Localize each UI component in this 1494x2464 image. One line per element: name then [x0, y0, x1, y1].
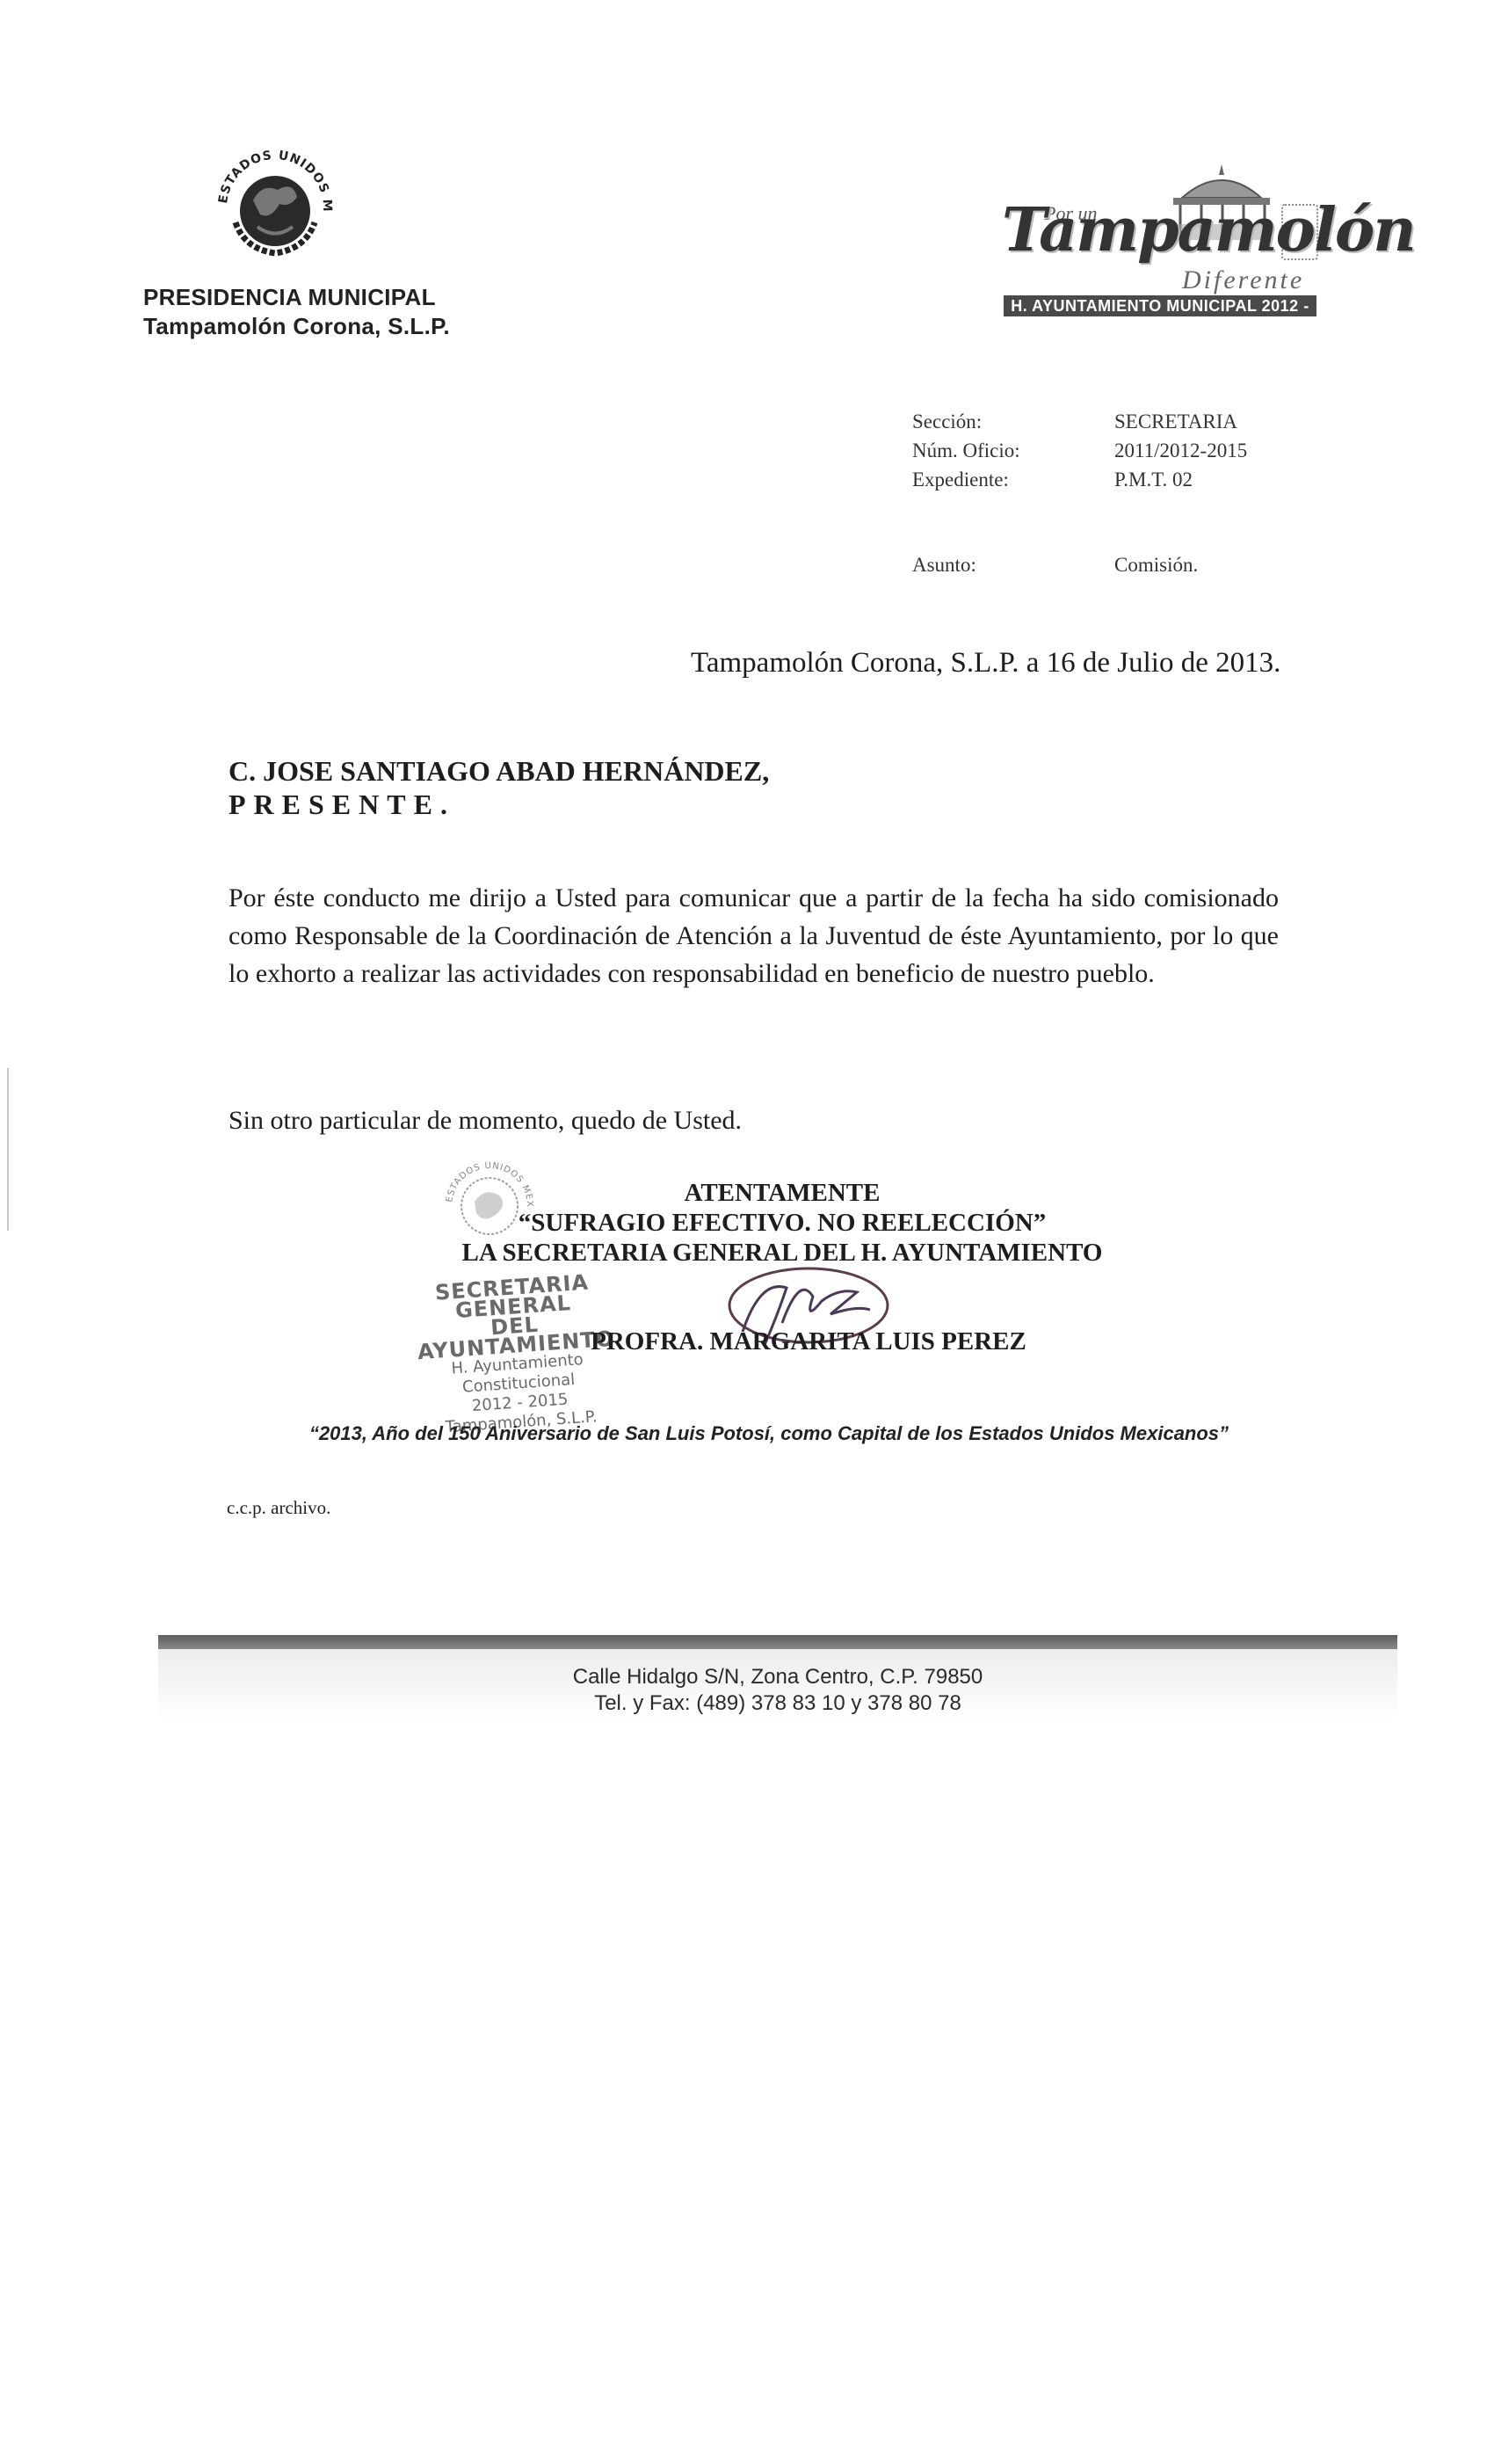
- ref-label-oficio: Núm. Oficio:: [912, 436, 1020, 465]
- mexican-coat-of-arms-icon: ESTADOS UNIDOS MEXICANOS: [209, 139, 341, 271]
- date-line: Tampamolón Corona, S.L.P. a 16 de Julio …: [691, 647, 1280, 680]
- logo-name: Tampamolón: [1002, 195, 1415, 265]
- scan-edge-line: [7, 1068, 9, 1231]
- office-line-1: PRESIDENCIA MUNICIPAL: [143, 283, 450, 312]
- closing-line: Sin otro particular de momento, quedo de…: [228, 1106, 742, 1136]
- footer-bar: [158, 1635, 1397, 1649]
- subject-value: Comisión.: [1114, 554, 1198, 577]
- letter-body: Por éste conducto me dirijo a Usted para…: [228, 879, 1279, 992]
- footer-contact: Calle Hidalgo S/N, Zona Centro, C.P. 798…: [158, 1664, 1397, 1717]
- signer-name: PROFRA. MARGARITA LUIS PEREZ: [369, 1327, 1195, 1356]
- year-motto: “2013, Año del 150 Aniversario de San Lu…: [264, 1422, 1274, 1445]
- sufragio-motto: “SUFRAGIO EFECTIVO. NO REELECCIÓN”: [369, 1208, 1195, 1238]
- ref-label-seccion: Sección:: [912, 407, 1020, 436]
- municipal-office-title: PRESIDENCIA MUNICIPAL Tampamolón Corona,…: [143, 283, 450, 341]
- logo-banner: H. AYUNTAMIENTO MUNICIPAL 2012 - 2015: [1004, 295, 1316, 316]
- recipient-name: C. JOSE SANTIAGO ABAD HERNÁNDEZ,: [228, 754, 769, 788]
- recipient-greeting: PRESENTE.: [228, 788, 769, 821]
- signature-heading: ATENTAMENTE “SUFRAGIO EFECTIVO. NO REELE…: [369, 1178, 1195, 1268]
- ref-value-expediente: P.M.T. 02: [1114, 465, 1247, 494]
- atentamente: ATENTAMENTE: [369, 1178, 1195, 1208]
- subject-label: Asunto:: [912, 554, 976, 577]
- recipient-block: C. JOSE SANTIAGO ABAD HERNÁNDEZ, PRESENT…: [228, 754, 769, 821]
- reference-values: SECRETARIA 2011/2012-2015 P.M.T. 02: [1114, 407, 1247, 494]
- footer-address: Calle Hidalgo S/N, Zona Centro, C.P. 798…: [158, 1664, 1397, 1690]
- ref-label-expediente: Expediente:: [912, 465, 1020, 494]
- office-line-2: Tampamolón Corona, S.L.P.: [143, 312, 450, 341]
- ref-value-seccion: SECRETARIA: [1114, 407, 1247, 436]
- logo-tagline: Diferente: [1182, 265, 1304, 295]
- carbon-copy: c.c.p. archivo.: [227, 1497, 330, 1519]
- reference-labels: Sección: Núm. Oficio: Expediente:: [912, 407, 1020, 494]
- footer-phone: Tel. y Fax: (489) 378 83 10 y 378 80 78: [158, 1690, 1397, 1717]
- ref-value-oficio: 2011/2012-2015: [1114, 436, 1247, 465]
